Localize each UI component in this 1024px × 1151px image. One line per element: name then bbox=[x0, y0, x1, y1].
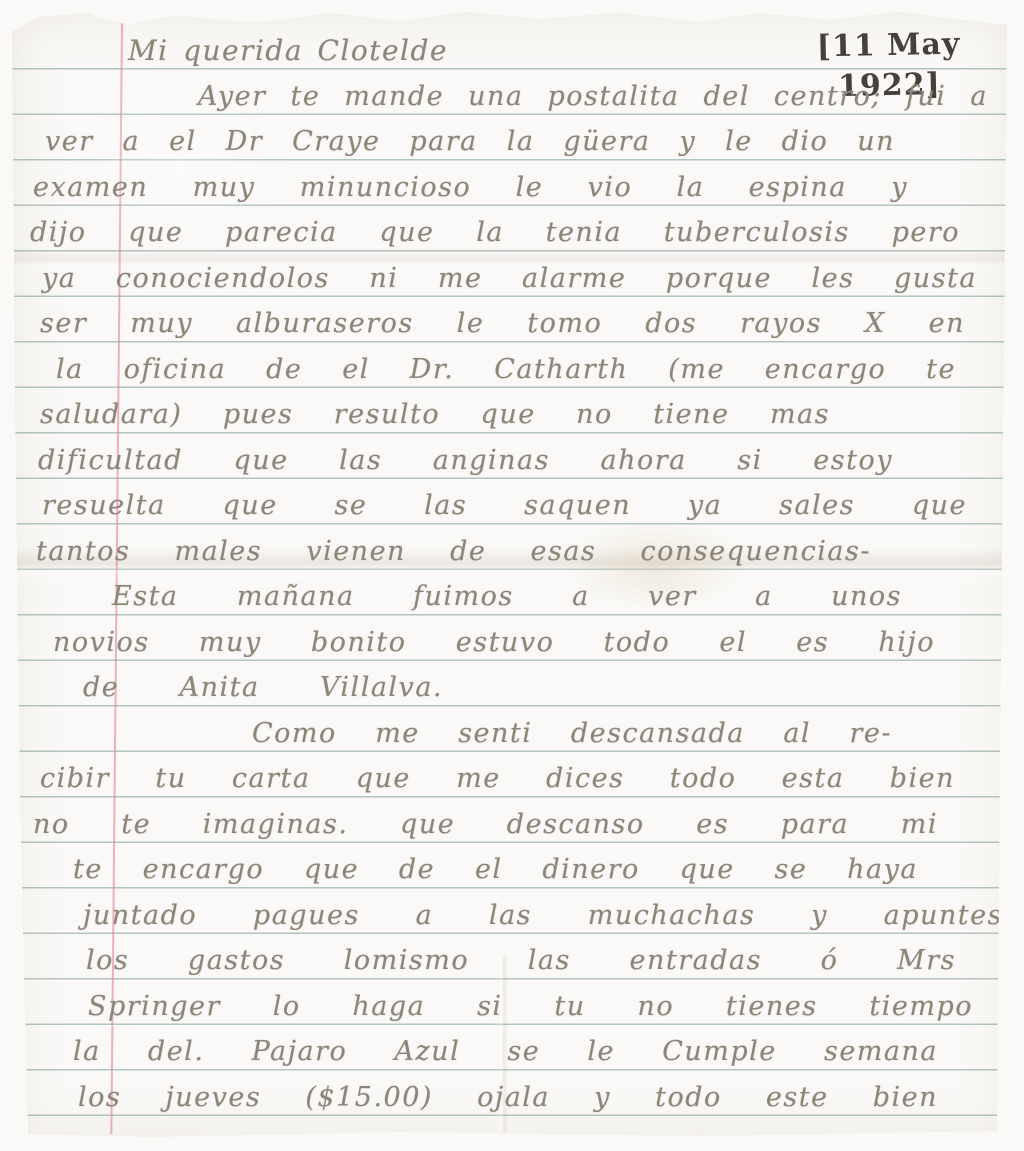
handwriting-line: tantos males vienen de esas consequencia… bbox=[36, 532, 871, 572]
scanned-letter: [11 May 1922] Mi querida Clotelde Ayer t… bbox=[0, 0, 1024, 1151]
handwriting-line: saludara) pues resulto que no tiene mas bbox=[40, 395, 830, 435]
handwriting-line: Esta mañana fuimos a ver a unos bbox=[112, 577, 902, 617]
handwriting-line: la oficina de el Dr. Catharth (me encarg… bbox=[56, 350, 956, 390]
handwriting-line: juntado pagues a las muchachas y apuntes bbox=[83, 896, 1003, 936]
letter-page: [11 May 1922] Mi querida Clotelde Ayer t… bbox=[0, 0, 1024, 1151]
handwriting-line: Como me senti descansada al re- bbox=[252, 714, 892, 754]
handwriting-line: Springer lo haga si tu no tienes tiempo bbox=[88, 987, 973, 1027]
handwriting-line: examen muy minuncioso le vio la espina y bbox=[33, 168, 908, 208]
handwriting-line: los jueves ($15.00) ojala y todo este bi… bbox=[78, 1078, 938, 1118]
handwriting-line: ser muy alburaseros le tomo dos rayos X … bbox=[40, 304, 965, 344]
handwriting-line: ya conociendolos ni me alarme porque les… bbox=[42, 259, 977, 299]
handwriting-line: cibir tu carta que me dices todo esta bi… bbox=[40, 759, 955, 799]
handwriting-line: dificultad que las anginas ahora si esto… bbox=[38, 441, 893, 481]
handwriting-line: no te imaginas. que descanso es para mi bbox=[33, 805, 938, 845]
handwriting-line: de Anita Villalva. bbox=[83, 668, 443, 708]
handwriting-line: te encargo que de el dinero que se haya bbox=[73, 850, 918, 890]
handwriting-line: la del. Pajaro Azul se le Cumple semana bbox=[73, 1032, 938, 1072]
handwriting-line: Mi querida Clotelde bbox=[128, 31, 448, 71]
handwriting-line: Ayer te mande una postalita del centro; … bbox=[198, 77, 988, 117]
handwriting-line: los gastos lomismo las entradas ó Mrs bbox=[86, 941, 956, 981]
handwriting-line: resuelta que se las saquen ya sales que bbox=[42, 486, 967, 526]
handwriting-line: ver a el Dr Craye para la güera y le dio… bbox=[45, 122, 895, 162]
handwriting-line: novios muy bonito estuvo todo el es hijo bbox=[53, 623, 935, 663]
handwriting-line: dijo que parecia que la tenia tuberculos… bbox=[30, 213, 960, 253]
